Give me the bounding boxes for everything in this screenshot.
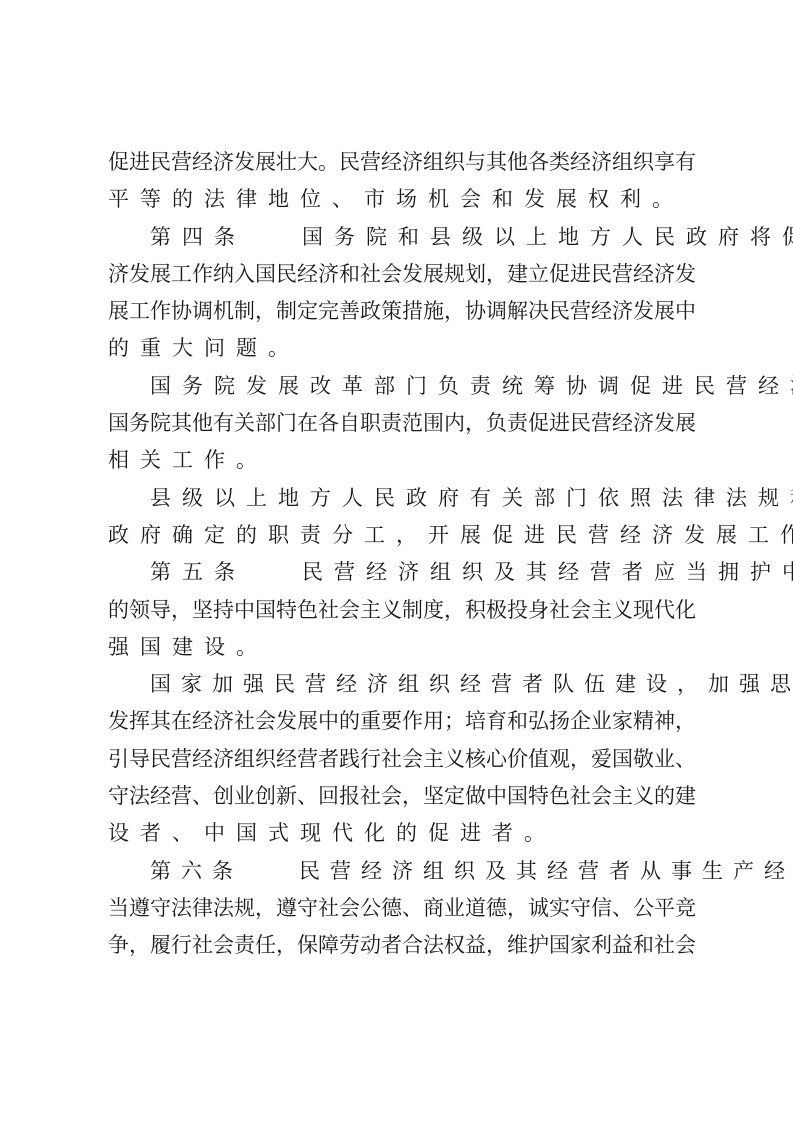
text-line: 展工作协调机制，制定完善政策措施，协调解决民营经济发展中 [108,293,692,330]
article-text: 国务院和县级以上地方人民政府将促进民营经 [302,225,793,249]
text-line: 设者、中国式现代化的促进者。 [108,815,692,852]
text-line: 济发展工作纳入国民经济和社会发展规划，建立促进民营经济发 [108,256,692,293]
text-line: 国务院发展改革部门负责统筹协调促进民营经济发展工作。 [108,368,692,405]
article-line: 第四条国务院和县级以上地方人民政府将促进民营经 [108,219,692,256]
text-line: 的领导，坚持中国特色社会主义制度，积极投身社会主义现代化 [108,592,692,629]
text-line: 国家加强民营经济组织经营者队伍建设，加强思想政治引领， [108,666,692,703]
article-line: 第五条民营经济组织及其经营者应当拥护中国共产党 [108,554,692,591]
text-line: 当遵守法律法规，遵守社会公德、商业道德，诚实守信、公平竞 [108,890,692,927]
text-line: 国务院其他有关部门在各自职责范围内，负责促进民营经济发展 [108,405,692,442]
text-line: 县级以上地方人民政府有关部门依照法律法规和本级人民 [108,480,692,517]
document-page: 促进民营经济发展壮大。民营经济组织与其他各类经济组织享有 平等的法律地位、市场机… [108,144,692,965]
text-line: 政府确定的职责分工，开展促进民营经济发展工作。 [108,517,692,554]
text-line: 相关工作。 [108,442,692,479]
text-line: 促进民营经济发展壮大。民营经济组织与其他各类经济组织享有 [108,144,692,181]
article-number: 第五条 [150,554,246,591]
text-line: 引导民营经济组织经营者践行社会主义核心价值观，爱国敬业、 [108,741,692,778]
text-line: 争，履行社会责任，保障劳动者合法权益，维护国家利益和社会 [108,927,692,964]
text-line: 强国建设。 [108,629,692,666]
text-line: 发挥其在经济社会发展中的重要作用；培育和弘扬企业家精神， [108,703,692,740]
text-line: 守法经营、创业创新、回报社会，坚定做中国特色社会主义的建 [108,778,692,815]
article-number: 第六条 [150,853,243,890]
text-line: 平等的法律地位、市场机会和发展权利。 [108,181,692,218]
article-number: 第四条 [150,219,246,256]
article-text: 民营经济组织及其经营者从事生产经营活动，应 [299,859,793,883]
article-text: 民营经济组织及其经营者应当拥护中国共产党 [302,560,793,584]
text-line: 的重大问题。 [108,330,692,367]
article-line: 第六条民营经济组织及其经营者从事生产经营活动，应 [108,853,692,890]
